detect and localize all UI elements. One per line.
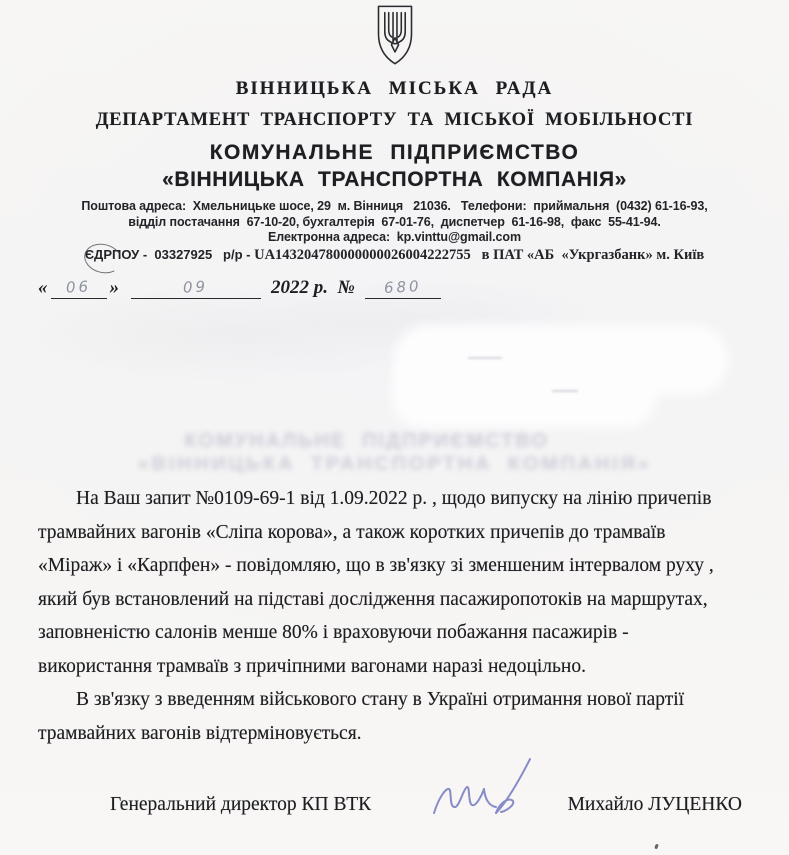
handwritten-day: 06 bbox=[65, 276, 91, 297]
body-paragraph-1: На Ваш запит №0109-69-1 від 1.09.2022 р.… bbox=[38, 482, 724, 683]
council-title: ВІННИЦЬКА МІСЬКА РАДА bbox=[0, 78, 789, 100]
bank-account: UA143204780000000026004222755 в ПАТ «АБ … bbox=[254, 247, 704, 263]
enterprise-type-title: КОМУНАЛЬНЕ ПІДПРИЄМСТВО bbox=[0, 141, 789, 165]
open-quote: « bbox=[38, 277, 48, 298]
body-paragraph-2: В зв'язку з введенням військового стану … bbox=[38, 683, 724, 750]
email-line: Електронна адреса: kp.vinttu@gmail.com bbox=[0, 230, 789, 246]
enterprise-name-title: «ВІННИЦЬКА ТРАНСПОРТНА КОМПАНІЯ» bbox=[0, 168, 789, 192]
doc-number-field: 680 bbox=[365, 278, 441, 299]
signature-row: Генеральний директор КП ВТК Михайло ЛУЦЕ… bbox=[38, 790, 742, 830]
phones-line: відділ постачання 67-10-20, бухгалтерія … bbox=[0, 215, 789, 231]
ukraine-tryzub-emblem-icon bbox=[369, 4, 421, 75]
handwritten-doc-number: 680 bbox=[384, 276, 423, 298]
month-field: 09 bbox=[131, 278, 261, 299]
whiteout-redaction bbox=[400, 362, 648, 420]
redaction-text-remnant bbox=[552, 390, 578, 392]
redaction-text-remnant bbox=[468, 357, 502, 359]
year-label: 2022 р. bbox=[271, 277, 328, 298]
signer-name: Михайло ЛУЦЕНКО bbox=[568, 794, 742, 816]
close-quote: » bbox=[110, 277, 120, 298]
department-title: ДЕПАРТАМЕНТ ТРАНСПОРТУ ТА МІСЬКОЇ МОБІЛЬ… bbox=[0, 110, 789, 131]
letter-body: На Ваш запит №0109-69-1 від 1.09.2022 р.… bbox=[38, 482, 724, 750]
handwritten-signature-icon bbox=[426, 755, 556, 835]
scanned-letter-page: ВІННИЦЬКА МІСЬКА РАДА ДЕПАРТАМЕНТ ТРАНСП… bbox=[0, 0, 789, 855]
ink-speck bbox=[654, 844, 659, 850]
day-field: 06 bbox=[51, 278, 107, 299]
postal-address-line: Поштова адреса: Хмельницьке шосе, 29 м. … bbox=[0, 199, 789, 215]
handwritten-month: 09 bbox=[183, 276, 209, 297]
bleed-through-text: «ВІННИЦЬКА ТРАНСПОРТНА КОМПАНІЯ» bbox=[0, 454, 789, 476]
number-sign: № bbox=[338, 277, 355, 298]
signer-position: Генеральний директор КП ВТК bbox=[110, 794, 371, 816]
bleed-through-text: КОМУНАЛЬНЕ ПІДПРИЄМСТВО bbox=[0, 430, 761, 453]
date-number-line: «06»092022 р. №680 bbox=[38, 277, 441, 299]
contact-block: Поштова адреса: Хмельницьке шосе, 29 м. … bbox=[0, 199, 789, 246]
